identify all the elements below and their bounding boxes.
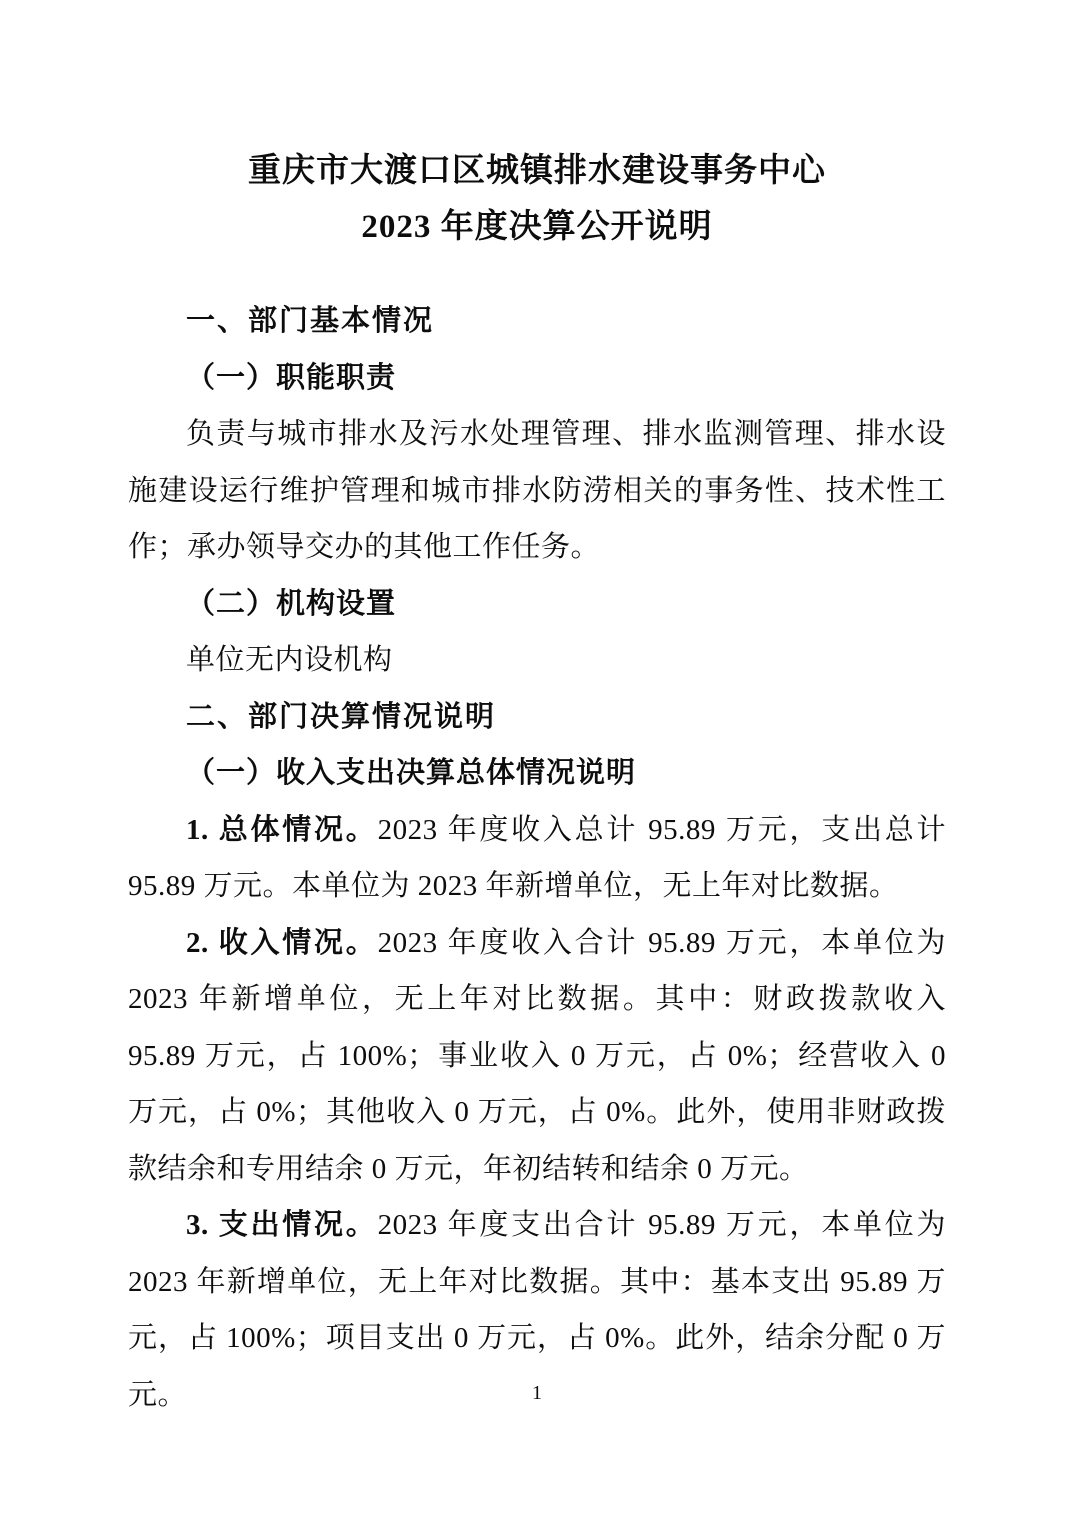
section-heading-budget-statement: 二、部门决算情况说明 [128,689,946,746]
document-page: 重庆市大渡口区城镇排水建设事务中心 2023 年度决算公开说明 一、部门基本情况… [0,0,1074,1520]
paragraph-expense-situation-lead: 3. 支出情况。 [186,1209,378,1241]
subsection-heading-org-setup: （二）机构设置 [128,576,946,633]
paragraph-duties: 负责与城市排水及污水处理管理、排水监测管理、排水设施建设运行维护管理和城市排水防… [128,406,946,576]
paragraph-overall-situation: 1. 总体情况。2023 年度收入总计 95.89 万元，支出总计 95.89 … [128,802,946,915]
page-number: 1 [0,1380,1074,1406]
document-title: 重庆市大渡口区城镇排水建设事务中心 2023 年度决算公开说明 [128,0,946,255]
paragraph-income-situation-text: 2023 年度收入合计 95.89 万元，本单位为 2023 年新增单位，无上年… [128,927,946,1185]
paragraph-org-setup: 单位无内设机构 [128,632,946,689]
subsection-heading-duties: （一）职能职责 [128,350,946,407]
subsection-heading-income-expense-overview: （一）收入支出决算总体情况说明 [128,745,946,802]
document-title-line2: 2023 年度决算公开说明 [128,199,946,255]
paragraph-income-situation-lead: 2. 收入情况。 [186,927,378,959]
document-title-line1: 重庆市大渡口区城镇排水建设事务中心 [128,143,946,199]
section-heading-dept-basic-info: 一、部门基本情况 [128,293,946,350]
paragraph-overall-situation-lead: 1. 总体情况。 [186,814,378,846]
document-content: 重庆市大渡口区城镇排水建设事务中心 2023 年度决算公开说明 一、部门基本情况… [128,0,946,1423]
paragraph-income-situation: 2. 收入情况。2023 年度收入合计 95.89 万元，本单位为 2023 年… [128,915,946,1198]
